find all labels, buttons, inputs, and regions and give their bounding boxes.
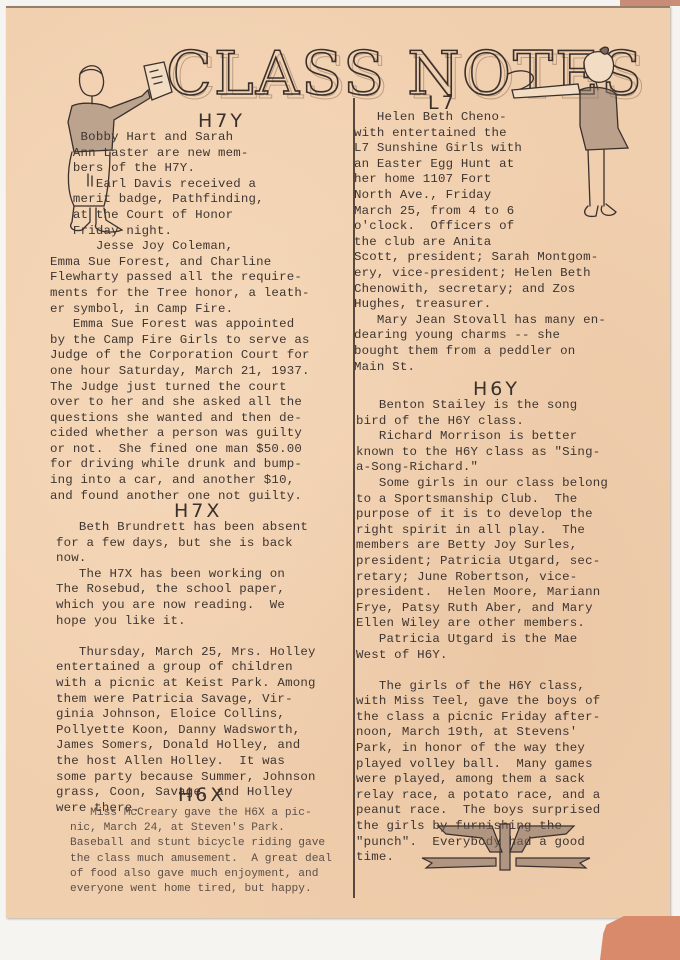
winged-emblem-ornament — [416, 816, 596, 876]
text-line: Baseball and stunt bicycle riding gave — [70, 836, 332, 851]
text-line: Frye, Patsy Ruth Aber, and Mary — [356, 601, 608, 617]
text-line: ing into a car, and another $10, — [50, 473, 310, 489]
text-line: an Easter Egg Hunt at — [354, 157, 606, 173]
section-body-h7x: Beth Brundrett has been absentfor a few … — [56, 520, 316, 816]
text-line: hope you like it. — [56, 614, 316, 630]
text-line: The H7X has been working on — [56, 567, 316, 583]
text-line: nic, March 24, at Steven's Park. — [70, 821, 332, 836]
text-line: by the Camp Fire Girls to serve as — [50, 333, 310, 349]
text-line: West of H6Y. — [356, 648, 608, 664]
text-line: over to her and she asked all the — [50, 395, 310, 411]
text-line: one hour Saturday, March 21, 1937. — [50, 364, 310, 380]
text-line: ginia Johnson, Eloice Collins, — [56, 707, 316, 723]
text-line: o'clock. Officers of — [354, 219, 606, 235]
text-line: Emma Sue Forest, and Charline — [50, 255, 310, 271]
text-line: president. Helen Moore, Mariann — [356, 585, 608, 601]
text-line: Earl Davis received a — [50, 177, 310, 193]
text-line: Miss McCreary gave the H6X a pic- — [70, 806, 332, 821]
text-line: president; Patricia Utgard, sec- — [356, 554, 608, 570]
text-line: Chenowith, secretary; and Zos — [354, 282, 606, 298]
text-line: ery, vice-president; Helen Beth — [354, 266, 606, 282]
text-line: of food also gave much enjoyment, and — [70, 867, 332, 882]
text-line: now. — [56, 551, 316, 567]
text-line: The girls of the H6Y class, — [356, 679, 608, 695]
text-line: the club are Anita — [354, 235, 606, 251]
section-heading-h7x: H7X — [174, 500, 222, 522]
text-line: L7 Sunshine Girls with — [354, 141, 606, 157]
text-line: with entertained the — [354, 126, 606, 142]
section-body-h6y: Benton Stailey is the songbird of the H6… — [356, 398, 608, 866]
text-line: North Ave., Friday — [354, 188, 606, 204]
newspaper-page: CLASS NOTES CLASS NOTES — [6, 6, 670, 918]
text-line: Some girls in our class belong — [356, 476, 608, 492]
section-body-h7y: Bobby Hart and Sarah Ann Laster are new … — [50, 130, 310, 504]
text-line: bought them from a peddler on — [354, 344, 606, 360]
paper-tab-top — [620, 0, 680, 6]
text-line: to a Sportsmanship Club. The — [356, 492, 608, 508]
text-line: James Somers, Donald Holley, and — [56, 738, 316, 754]
text-line: Scott, president; Sarah Montgom- — [354, 250, 606, 266]
text-line: The Rosebud, the school paper, — [56, 582, 316, 598]
text-line: questions she wanted and then de- — [50, 411, 310, 427]
text-line: Thursday, March 25, Mrs. Holley — [56, 645, 316, 661]
text-line: ments for the Tree honor, a leath- — [50, 286, 310, 302]
text-line: the class much amusement. A great deal — [70, 852, 332, 867]
text-line: Pollyette Koon, Danny Wadsworth, — [56, 723, 316, 739]
text-line: some party because Summer, Johnson — [56, 770, 316, 786]
text-line: for a few days, but she is back — [56, 536, 316, 552]
section-heading-h6y: H6Y — [473, 378, 520, 400]
text-line: relay race, a potato race, and a — [356, 788, 608, 804]
text-line: with a picnic at Keist Park. Among — [56, 676, 316, 692]
text-line: bird of the H6Y class. — [356, 414, 608, 430]
text-line: bers of the H7Y. — [50, 161, 310, 177]
text-line: retary; June Robertson, vice- — [356, 570, 608, 586]
section-heading-h7y: H7Y — [198, 110, 245, 132]
text-line: Ann Laster are new mem- — [50, 146, 310, 162]
text-line: dearing young charms -- she — [354, 328, 606, 344]
text-line: purpose of it is to develop the — [356, 507, 608, 523]
text-line: a-Song-Richard." — [356, 460, 608, 476]
text-line: the class a picnic Friday after- — [356, 710, 608, 726]
text-line: Beth Brundrett has been absent — [56, 520, 316, 536]
text-line: Helen Beth Cheno- — [354, 110, 606, 126]
text-line: The Judge just turned the court — [50, 380, 310, 396]
text-line: or not. She fined one man $50.00 — [50, 442, 310, 458]
text-line: known to the H6Y class as "Sing- — [356, 445, 608, 461]
text-line: Flewharty passed all the require- — [50, 270, 310, 286]
text-line: Benton Stailey is the song — [356, 398, 608, 414]
text-line: er symbol, in Camp Fire. — [50, 302, 310, 318]
text-line: the host Allen Holley. It was — [56, 754, 316, 770]
text-line: Bobby Hart and Sarah — [50, 130, 310, 146]
text-line: right spirit in all play. The — [356, 523, 608, 539]
section-heading-h6x: H6X — [178, 784, 226, 806]
text-line: Mary Jean Stovall has many en- — [354, 313, 606, 329]
text-line: them were Patricia Savage, Vir- — [56, 692, 316, 708]
text-line: at the Court of Honor — [50, 208, 310, 224]
text-line: were played, among them a sack — [356, 772, 608, 788]
text-line — [356, 663, 608, 679]
section-body-h6x: Miss McCreary gave the H6X a pic-nic, Ma… — [70, 806, 332, 897]
text-line: Hughes, treasurer. — [354, 297, 606, 313]
text-line: Emma Sue Forest was appointed — [50, 317, 310, 333]
text-line: merit badge, Pathfinding, — [50, 192, 310, 208]
paper-tab — [600, 916, 680, 960]
text-line: noon, March 19th, at Stevens' — [356, 725, 608, 741]
text-line: cided whether a person was guilty — [50, 426, 310, 442]
text-line: Richard Morrison is better — [356, 429, 608, 445]
text-line: with Miss Teel, gave the boys of — [356, 694, 608, 710]
text-line: Park, in honor of the way they — [356, 741, 608, 757]
text-line: Judge of the Corporation Court for — [50, 348, 310, 364]
text-line: Friday night. — [50, 224, 310, 240]
text-line: entertained a group of children — [56, 660, 316, 676]
text-line: March 25, from 4 to 6 — [354, 204, 606, 220]
text-line: for driving while drunk and bump- — [50, 457, 310, 473]
text-line: everyone went home tired, but happy. — [70, 882, 332, 897]
text-line: members are Betty Joy Surles, — [356, 538, 608, 554]
page-edge — [6, 6, 670, 8]
text-line: Main St. — [354, 360, 606, 376]
text-line: played volley ball. Many games — [356, 757, 608, 773]
text-line: her home 1107 Fort — [354, 172, 606, 188]
text-line: Ellen Wiley are other members. — [356, 616, 608, 632]
text-line: Patricia Utgard is the Mae — [356, 632, 608, 648]
section-body-l7: Helen Beth Cheno-with entertained theL7 … — [354, 110, 606, 375]
text-line: which you are now reading. We — [56, 598, 316, 614]
text-line — [56, 629, 316, 645]
text-line: Jesse Joy Coleman, — [50, 239, 310, 255]
